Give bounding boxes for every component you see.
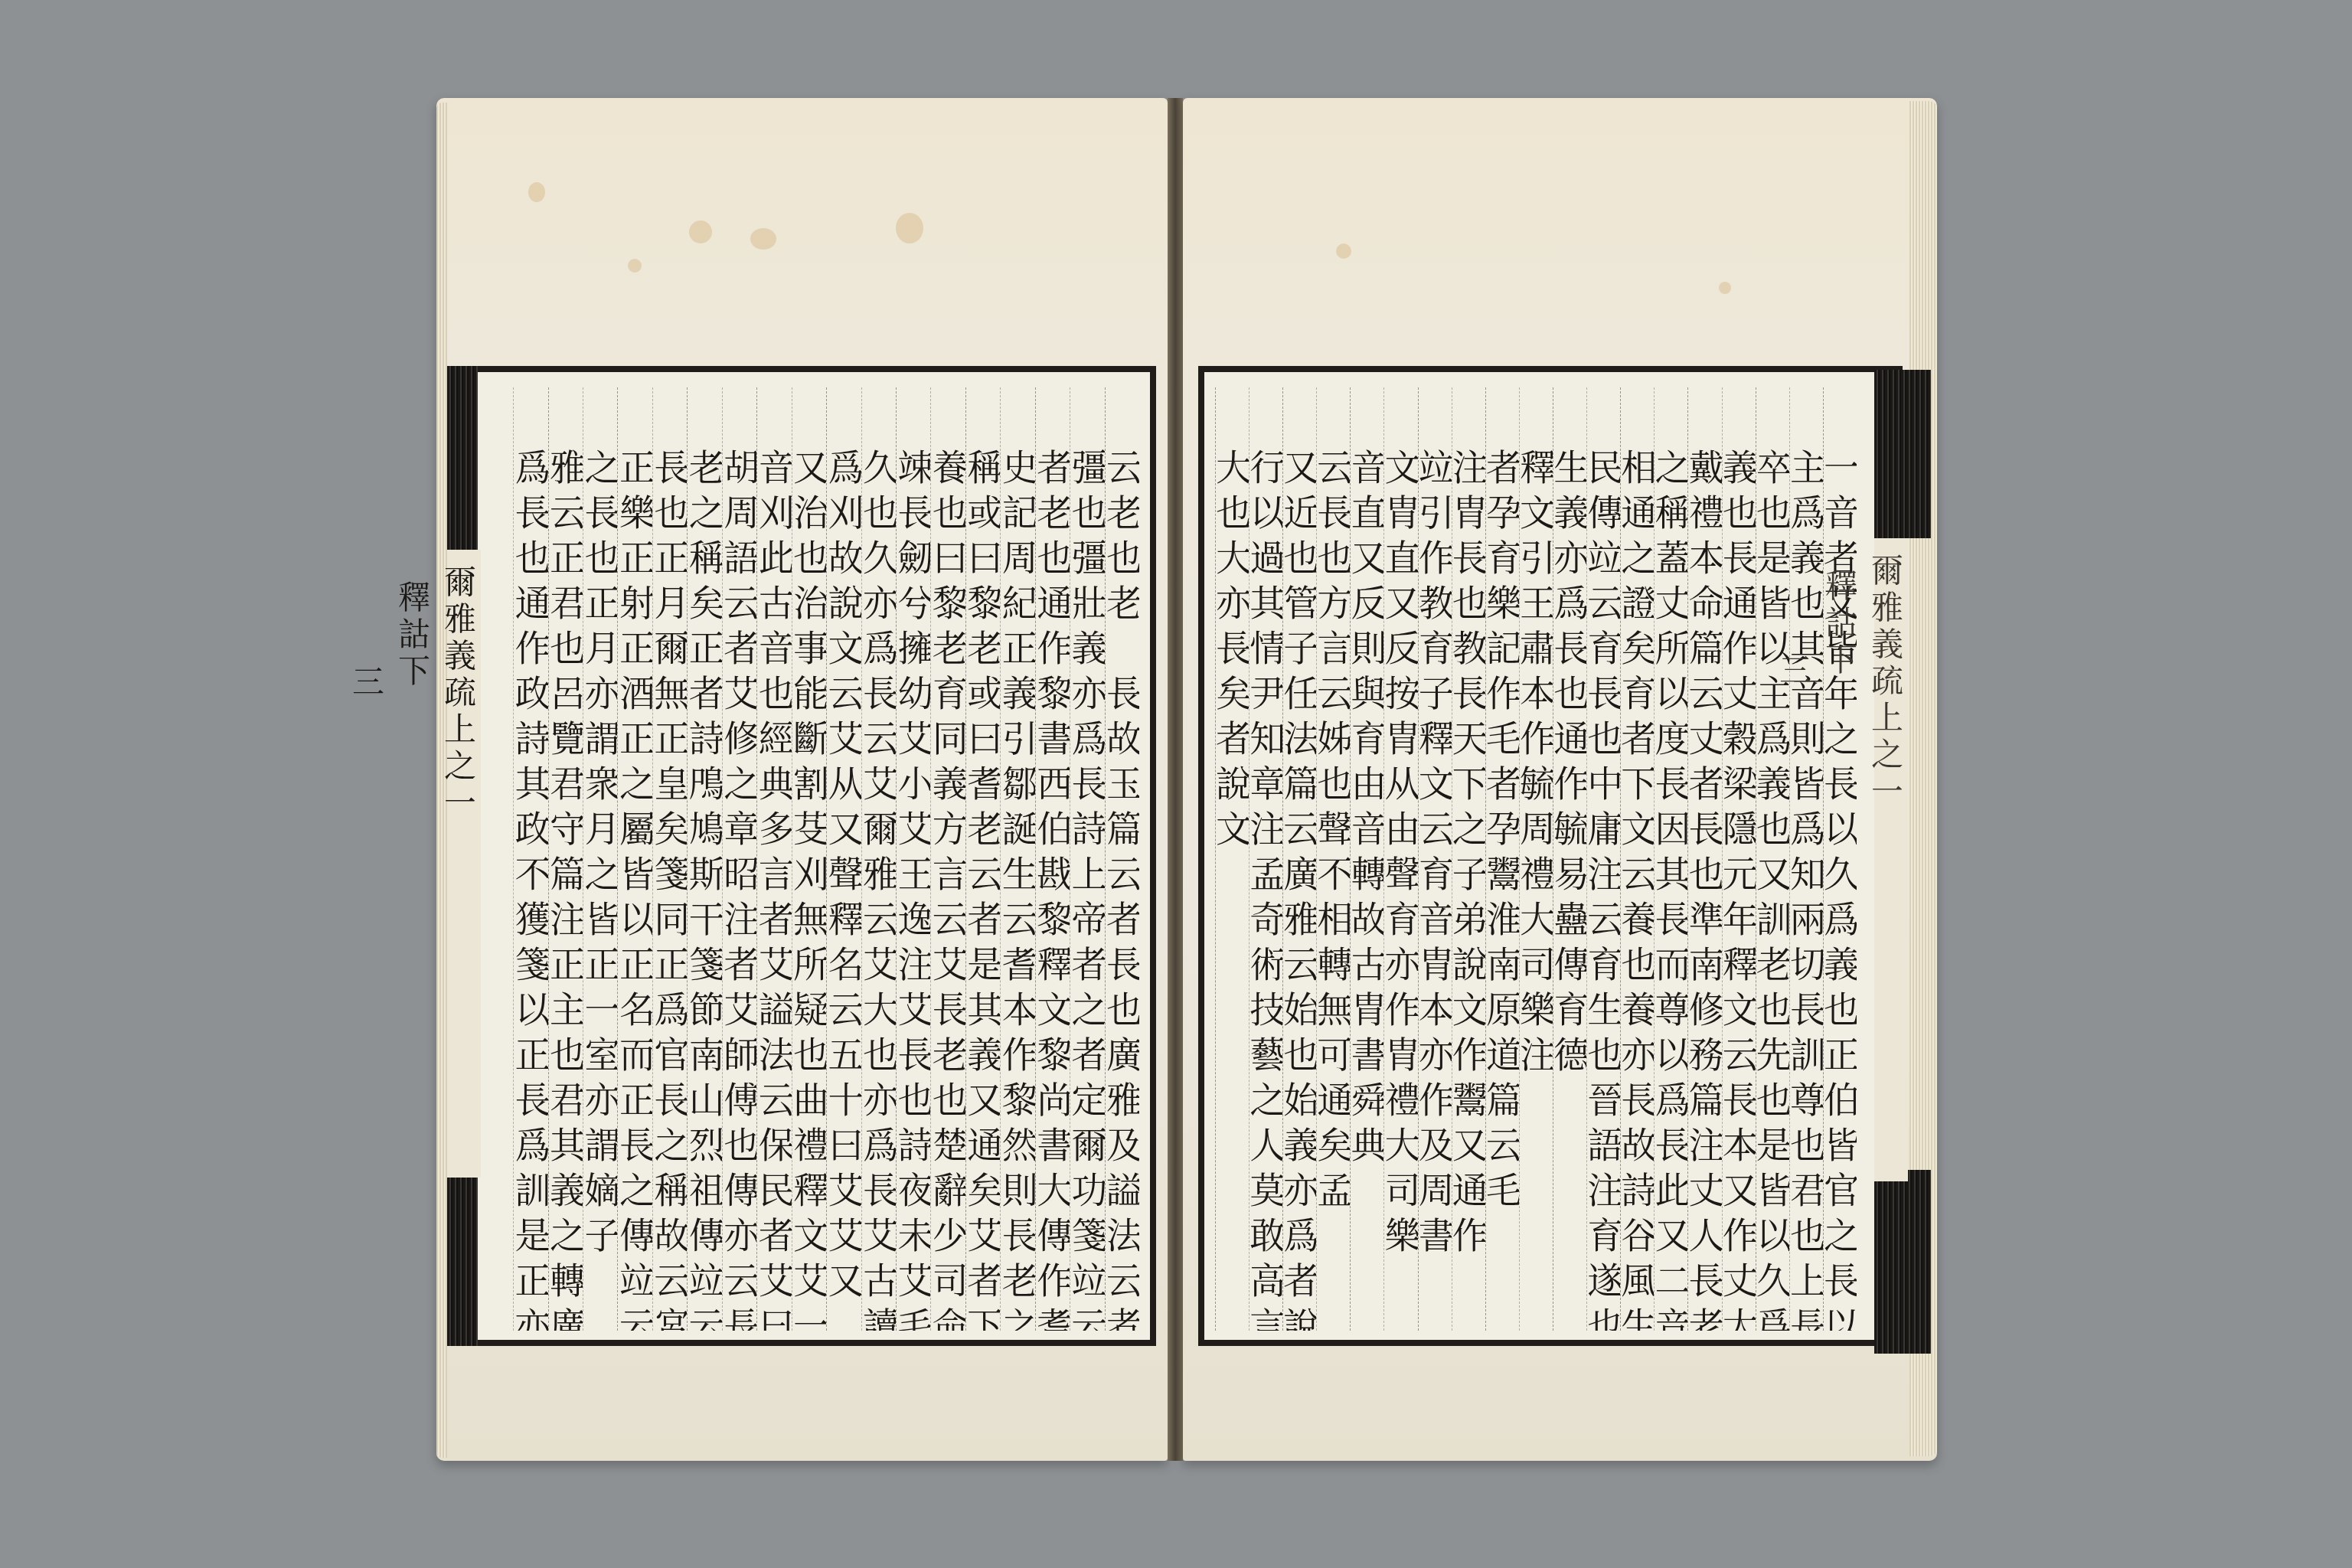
text-column: 雅云正君也呂覽君守篇注正主也君其義之轉廣皆 <box>548 387 583 1331</box>
foxing-stain <box>896 213 923 243</box>
black-mouth-bottom <box>1874 1170 1931 1354</box>
section-title: 釋詁下 <box>1816 569 1862 1181</box>
text-column: 又治也治事能斷割芟刈無所疑也曲禮釋文艾一也 <box>792 387 826 1331</box>
text-column: 生義亦爲長也通作毓易蠱傳育德 <box>1553 387 1586 1331</box>
book-title: 爾雅義疏上之一 <box>1862 554 1908 1181</box>
book-title: 爾雅義疏上之一 <box>435 565 481 1178</box>
foxing-stain <box>689 220 712 243</box>
right-banxin-label: 爾雅義疏上之一 釋詁下 三 <box>1874 538 1908 1181</box>
text-column: 釋文引王肅本作毓周禮大司樂注 <box>1519 387 1553 1331</box>
text-column: 民傳竝云育長也中庸注云育生也晉語注育遂也 <box>1586 387 1620 1331</box>
black-mouth-bottom <box>447 1162 478 1346</box>
left-text-frame: 云老也老𠣾長故玉篇云者長也廣雅及謚法云者 彊也彊壯義亦爲長詩上帝者之者定爾功箋竝… <box>467 366 1156 1346</box>
text-column: 老之稱矣正者詩鳲鳩斯干箋節南山烈祖傳竝云正 <box>687 387 721 1331</box>
text-column: 胡周語云者艾修之章昭注者艾師傅也傳亦云長 <box>722 387 756 1331</box>
open-book: 云老也老𠣾長故玉篇云者長也廣雅及謚法云者 彊也彊壯義亦爲長詩上帝者之者定爾功箋竝… <box>436 98 1945 1468</box>
foxing-stain <box>1719 282 1731 294</box>
black-mouth-top <box>1874 370 1931 538</box>
text-column: 爲長也通作政詩其政不獲箋以正長爲訓是正亦政 <box>513 387 547 1331</box>
right-text-columns: 一音者艾皆年之長以久爲義也正伯皆官之長以 主爲義也其音則皆爲知兩切長訓尊也君也上… <box>1215 387 1857 1331</box>
text-column: 音刈此古音也經典多言者艾謚法云保民者艾曰 <box>756 387 791 1331</box>
left-text-columns: 云老也老𠣾長故玉篇云者長也廣雅及謚法云者 彊也彊壯義亦爲長詩上帝者之者定爾功箋竝… <box>513 387 1139 1331</box>
text-column: 養也曰黎老育同義方言云艾長老也楚辭少司命篇云 <box>930 387 965 1331</box>
text-column: 義也長通作丈穀梁隱元年釋文云長本又作丈大 <box>1722 387 1756 1331</box>
text-column: 正樂正射正酒正之屬皆以正名而正長之傳竝云子 <box>617 387 652 1331</box>
foxing-stain <box>628 259 642 273</box>
text-column: 之稱蓋丈所以度長因其長而尊以爲長此又二音 <box>1654 387 1687 1331</box>
text-column: 大也大亦長矣者說文 <box>1215 387 1249 1331</box>
text-column: 云老也老𠣾長故玉篇云者長也廣雅及謚法云者 <box>1105 387 1139 1331</box>
right-page: 一音者艾皆年之長以久爲義也正伯皆官之長以 主爲義也其音則皆爲知兩切長訓尊也君也上… <box>1183 98 1937 1461</box>
text-column: 長也正月爾無正皇矣箋同正爲官長之稱故云宮 <box>652 387 687 1331</box>
book-gutter <box>1168 98 1183 1461</box>
text-column: 彊也彊壯義亦爲長詩上帝者之者定爾功箋竝云 <box>1070 387 1104 1331</box>
black-mouth-top <box>447 366 478 550</box>
text-column: 相通之證矣育者下文云養也養亦長故詩谷風生 <box>1620 387 1654 1331</box>
left-page: 云老也老𠣾長故玉篇云者長也廣雅及謚法云者 彊也彊壯義亦爲長詩上帝者之者定爾功箋竝… <box>436 98 1168 1461</box>
text-column: 竝引作教育子釋文云育音胄本亦作及周書 <box>1418 387 1452 1331</box>
text-column: 云長也方言云姊也聲不相轉無可通矣孟 <box>1316 387 1350 1331</box>
page-number: 三 <box>343 665 389 1178</box>
left-banxin-label: 爾雅義疏上之一 釋詁下 三 <box>447 550 481 1178</box>
foxing-stain <box>528 182 545 202</box>
text-column: 史記周紀正義引鄒誕生云耆本作黎然則長老之 <box>1000 387 1034 1331</box>
text-column: 戴禮本命篇云丈者長也準南修務篇注丈人長老 <box>1687 387 1721 1331</box>
text-column: 音直又反則與育由音轉故古胄書舜典 <box>1350 387 1383 1331</box>
section-title: 釋詁下 <box>389 580 435 1178</box>
text-column: 爲刈故說文云艾从又聲釋名云五十曰艾艾又 <box>826 387 861 1331</box>
page-number: 三 <box>1770 653 1816 1181</box>
foxing-stain <box>750 228 776 250</box>
text-column: 之長也正月亦謂衆月之皆正一室亦謂嫡子 <box>583 387 617 1331</box>
text-column: 久也久亦爲長云艾爾雅云艾大也亦爲長艾古讀 <box>861 387 896 1331</box>
foxing-stain <box>1336 243 1351 259</box>
text-column: 又近也管子任法篇云廣雅云始也始義亦爲者說 <box>1282 387 1316 1331</box>
text-column: 文胄直又反按胄从由聲育亦作胄禮大司樂 <box>1383 387 1417 1331</box>
text-column: 注胄長也教長天下之子弟說文作鬻又通作 <box>1452 387 1485 1331</box>
text-column: 稱或曰黎老或曰耆老云者是其義又通矣艾者下文云 <box>965 387 1000 1331</box>
text-column: 者老也通作黎書西伯戡黎釋文黎尚書大傳作耆 <box>1035 387 1070 1331</box>
text-column: 竦長劒兮擁幼艾小艾王逸注艾長也詩夜未艾毛傳艾 <box>896 387 930 1331</box>
text-column: 行以過其情尹知章注孟奇術技藝之人莫敢高言孟 <box>1249 387 1282 1331</box>
text-column: 者孕育樂記作毛者孕鬻淮南原道篇云毛 <box>1485 387 1519 1331</box>
